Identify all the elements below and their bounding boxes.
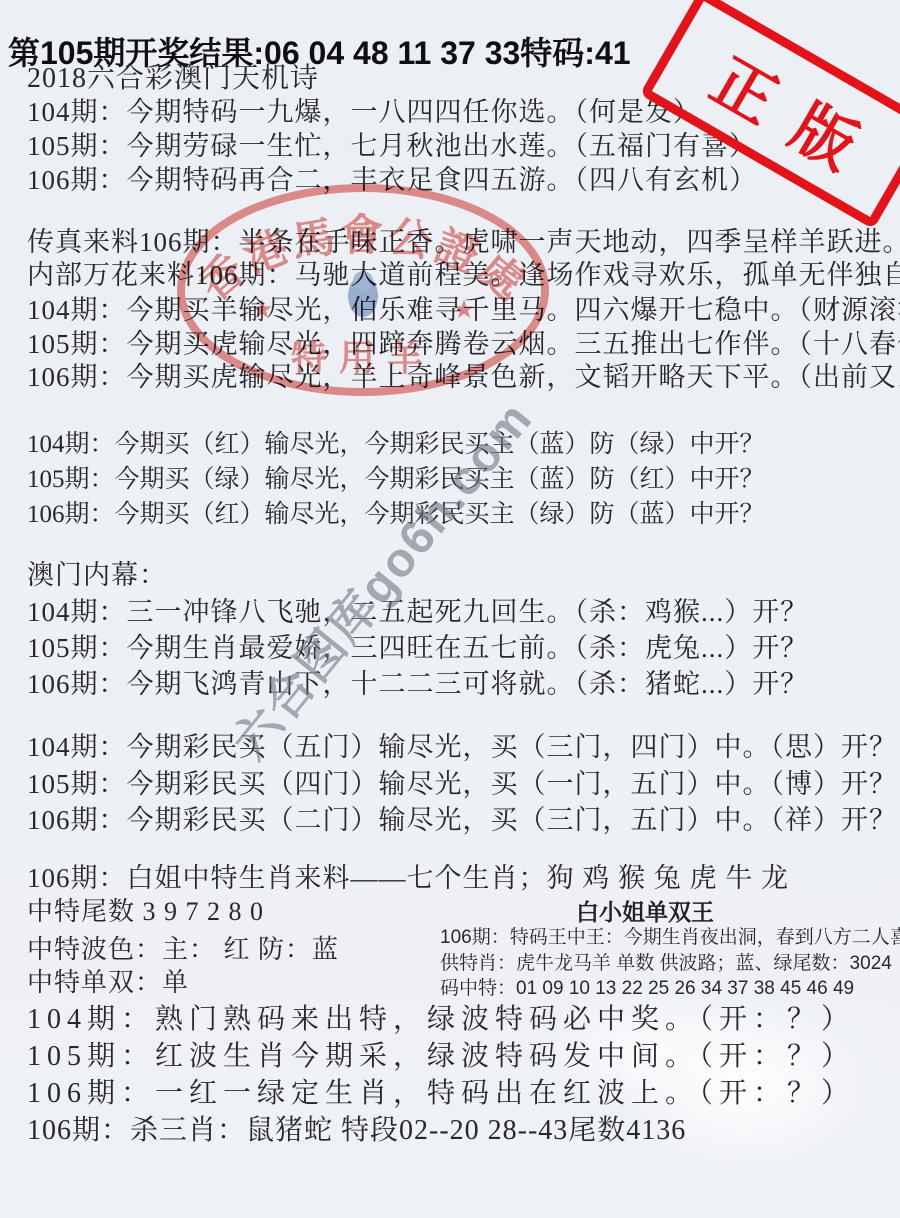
gongtexiao-line: 供特肖：虎牛龙马羊 单数 供波路；蓝、绿尾数：3024 [440,948,892,975]
odd-even-line: 中特单双：单 [27,969,189,996]
footer-line-106: 106期：一红一绿定生肖，特码出在红波上。（开：？） [27,1079,855,1108]
color-bet-line-105: 105期：今期买（绿）输尽光，今期彩民买主（蓝）防（红）中开？ [27,467,765,493]
fax-line-2: 内部万花来料106期：马驰大道前程美。逢场作戏寻欢乐，孤单无伴独自飞。 [27,261,900,289]
poem-line-104: 104期：今期特码一九爆，一八四四任你选。（何是发） [27,98,701,126]
fax-line-104: 104期：今期买羊输尽光，伯乐难寻千里马。四六爆开七稳中。（财源滚滚寻） [27,296,900,324]
lottery-tip-sheet: 第105期开奖结果:06 04 48 11 37 33特码:41 2018六合彩… [0,0,900,1218]
tail-numbers-line: 中特尾数 3 9 7 2 8 0 [27,898,264,925]
footer-line-104: 104期：熟门熟码来出特，绿波特码必中奖。（开：？） [27,1005,855,1034]
baijie-intro-line: 106期：白姐中特生肖来料——七个生肖；狗 鸡 猴 兔 虎 牛 龙 [27,864,789,892]
poem-line-105: 105期：今期劳碌一生忙，七月秋池出水莲。（五福门有喜） [27,132,757,160]
kill-three-zodiac-line: 106期：杀三肖：鼠猪蛇 特段02--20 28--43尾数4136 [27,1116,686,1145]
door-line-105: 105期：今期彩民买（四门）输尽光，买（一门，五门）中。（博）开？门 [27,770,900,798]
macau-line-105: 105期：今期生肖最爱娇，三四旺在五七前。（杀：虎兔...）开？ [27,634,808,662]
color-bet-line-104: 104期：今期买（红）输尽光，今期彩民买主（蓝）防（绿）中开？ [27,432,765,458]
footer-line-105: 105期：红波生肖今期采，绿波特码发中间。（开：？） [27,1042,855,1071]
wave-color-line: 中特波色：主： 红 防：蓝 [27,936,339,963]
door-line-106: 106期：今期彩民买（二门）输尽光，买（三门，五门）中。（祥）开？门 [27,806,900,834]
fax-line-1: 传真来料106期：半条在手味正香。虎啸一声天地动，四季呈样羊跃进。 [27,228,900,256]
poem-line-106: 106期：今期特码再合二，丰衣足食四五游。（四八有玄机） [27,166,757,194]
macau-heading: 澳门内幕： [27,561,167,589]
fax-line-105: 105期：今期买虎输尽光，四蹄奔腾卷云烟。三五推出七作伴。（十八春气暖） [27,330,900,358]
macau-line-106: 106期：今期飞鸿青山下，十二二三可将就。（杀：猪蛇...）开？ [27,670,808,698]
macau-line-104: 104期：三一冲锋八飞驰，二五起死九回生。（杀：鸡猴...）开？ [27,598,808,626]
wangzhongwang-line: 106期：特码王中王：今期生肖夜出洞，春到八方二人喜 [440,922,900,949]
color-bet-line-106: 106期：今期买（红）输尽光，今期彩民买主（绿）防（蓝）中开？ [27,502,765,528]
poem-2018-heading: 2018六合彩澳门天机诗 [27,64,319,93]
door-line-104: 104期：今期彩民买（五门）输尽光，买（三门，四门）中。（思）开？门 [27,733,900,761]
mazhongte-line: 码中特：01 09 10 13 22 25 26 34 37 38 45 46 … [440,973,854,1000]
fax-line-106: 106期：今期买虎输尽光，羊上奇峰景色新，文韬开略天下平。（出前又出后） [27,363,900,391]
